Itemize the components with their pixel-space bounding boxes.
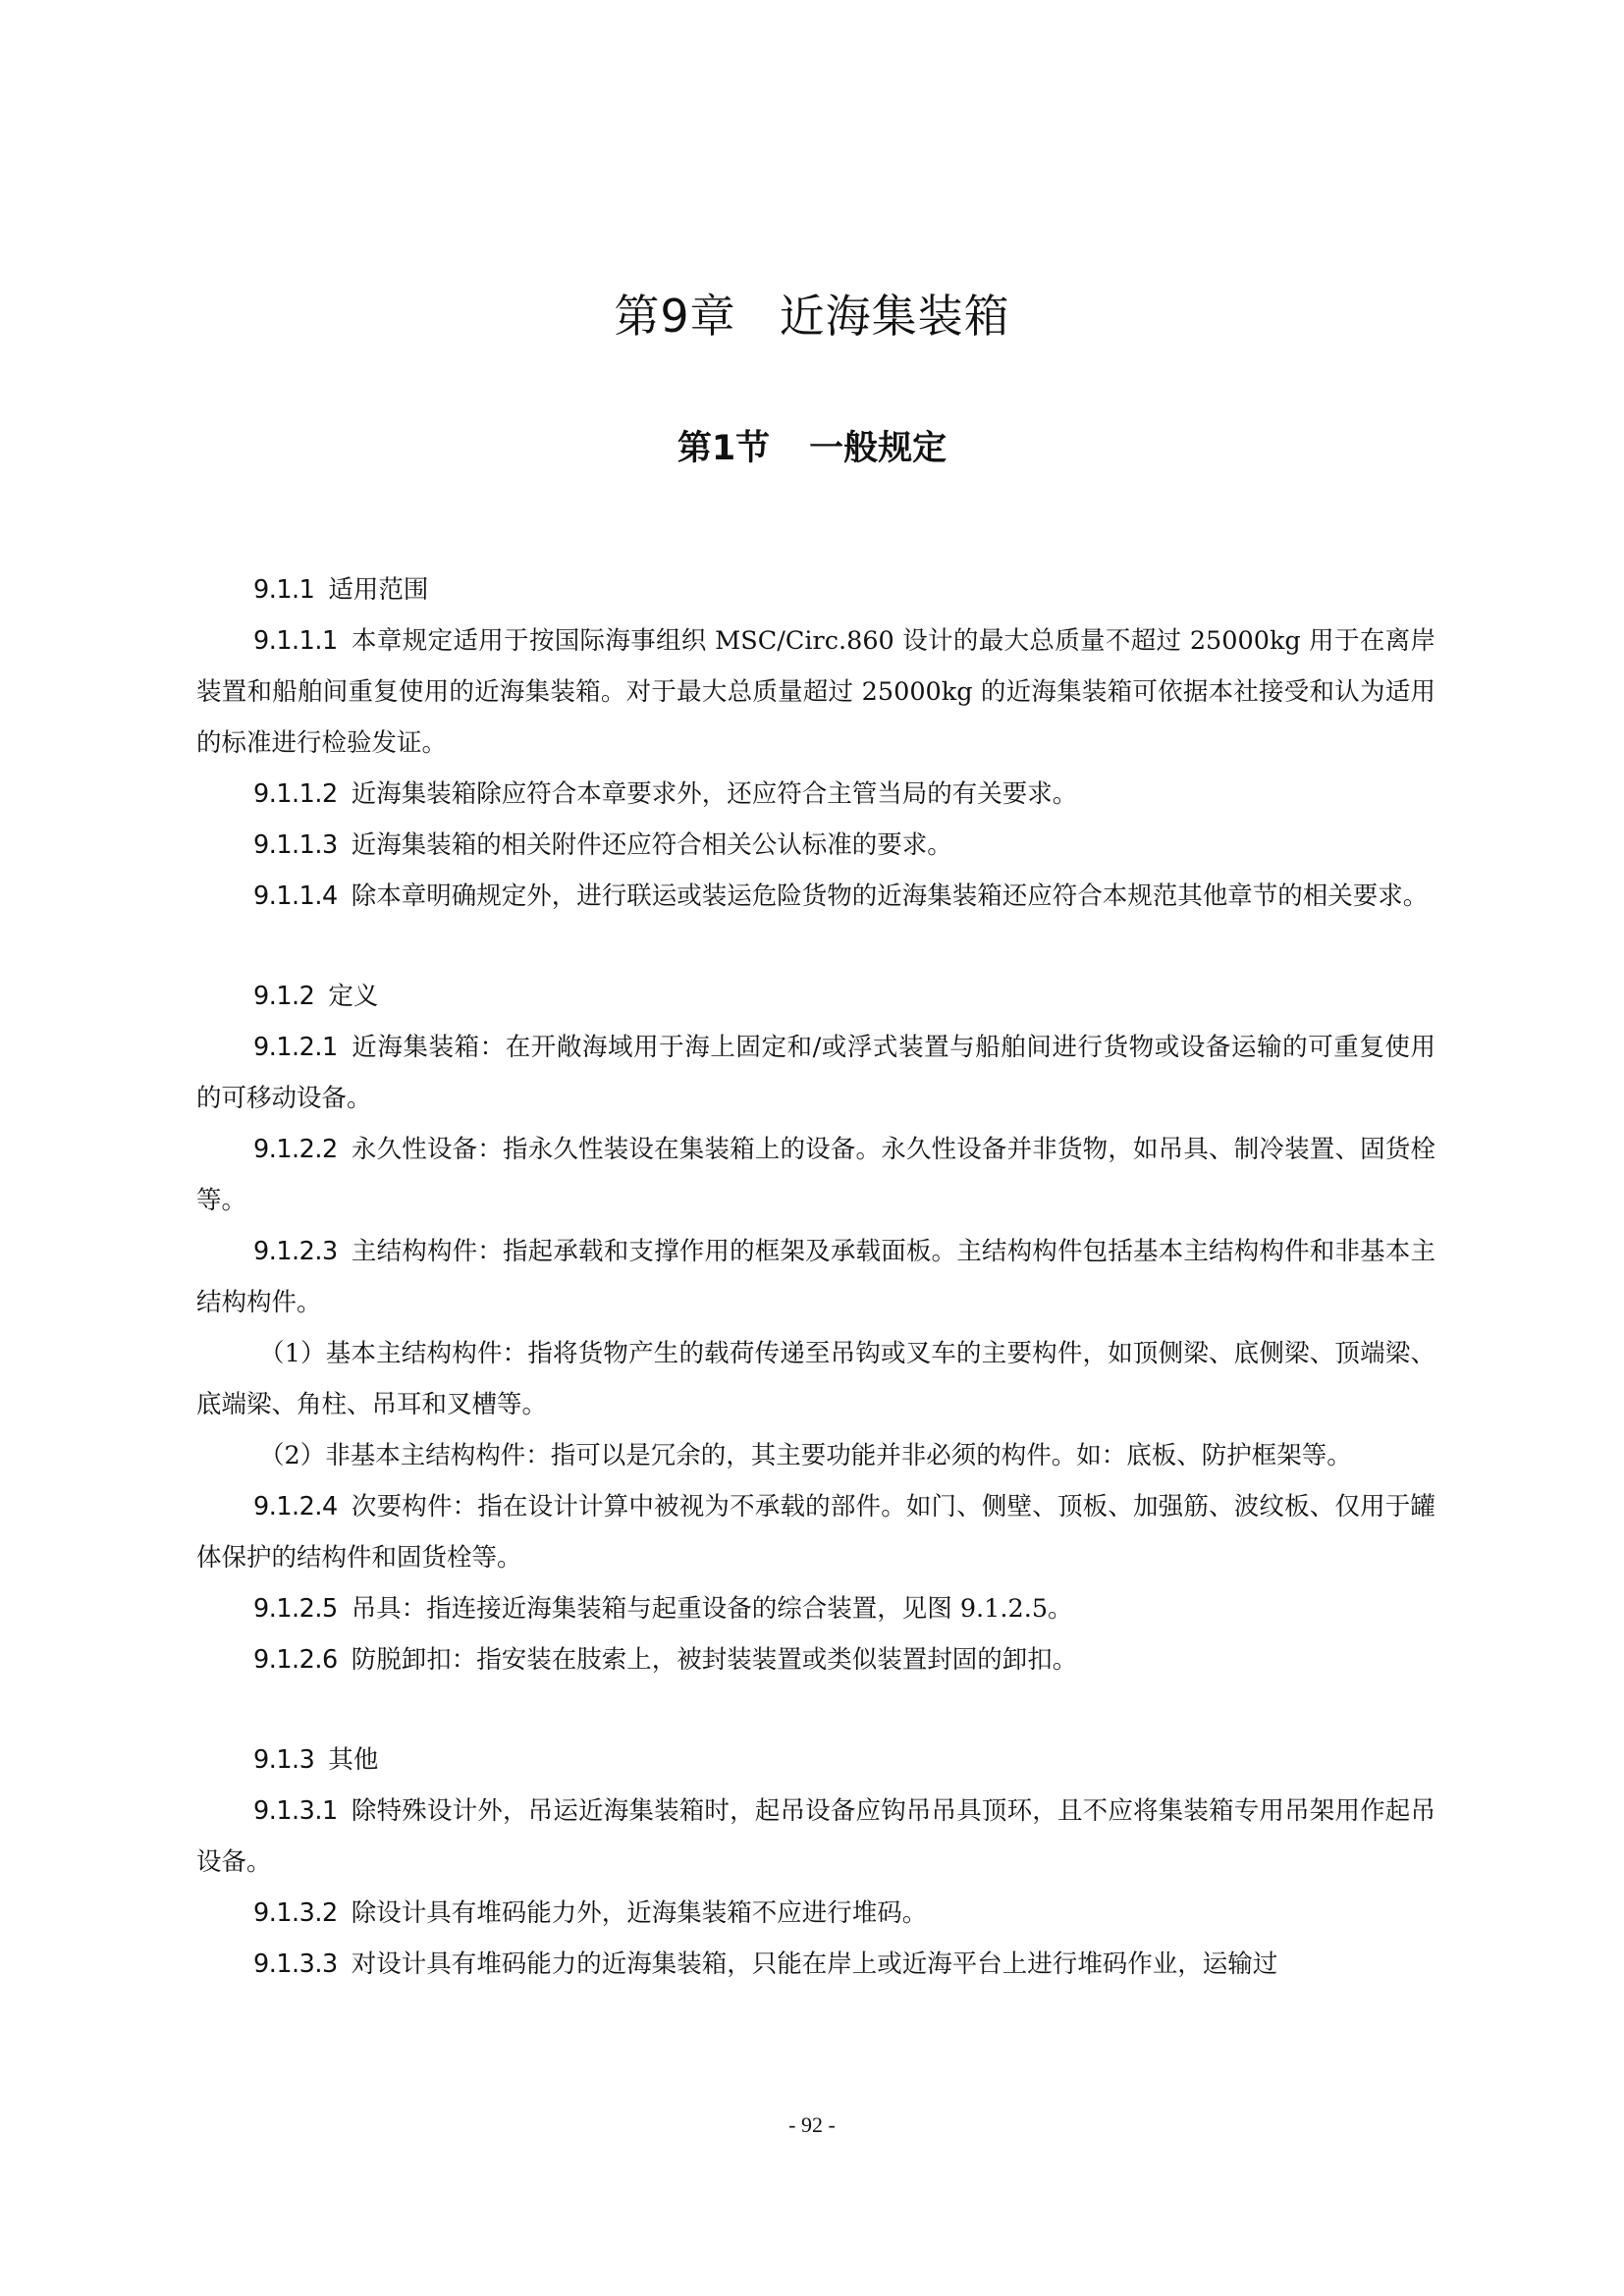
list-item-2: （2）非基本主结构构件：指可以是冗余的，其主要功能并非必须的构件。如：底板、防护… bbox=[196, 1430, 1435, 1481]
clause-text: 主结构构件：指起承载和支撑作用的框架及承载面板。主结构构件包括基本主结构构件和非… bbox=[196, 1237, 1435, 1317]
clause-number: 9.1.2.1 bbox=[253, 1033, 338, 1062]
clause-number: 9.1.1.1 bbox=[253, 626, 338, 656]
subsection-heading: 9.1.3其他 bbox=[196, 1735, 1435, 1786]
list-item-text: （2）非基本主结构构件：指可以是冗余的，其主要功能并非必须的构件。如：底板、防护… bbox=[259, 1441, 1352, 1470]
subsection-9-1-3: 9.1.3其他 9.1.3.1除特殊设计外，吊运近海集装箱时，起吊设备应钩吊吊具… bbox=[196, 1735, 1435, 1990]
clause-9-1-2-6: 9.1.2.6防脱卸扣：指安装在肢索上，被封装装置或类似装置封固的卸扣。 bbox=[196, 1634, 1435, 1685]
subsection-heading: 9.1.2定义 bbox=[196, 971, 1435, 1022]
subsection-9-1-2: 9.1.2定义 9.1.2.1近海集装箱：在开敞海域用于海上固定和/或浮式装置与… bbox=[196, 971, 1435, 1685]
clause-9-1-3-3: 9.1.3.3对设计具有堆码能力的近海集装箱，只能在岸上或近海平台上进行堆码作业… bbox=[196, 1939, 1435, 1990]
clause-9-1-2-2: 9.1.2.2永久性设备：指永久性装设在集装箱上的设备。永久性设备并非货物，如吊… bbox=[196, 1124, 1435, 1226]
clause-number: 9.1.2.4 bbox=[253, 1492, 338, 1522]
subsection-number: 9.1.2 bbox=[253, 982, 314, 1011]
clause-9-1-2-1: 9.1.2.1近海集装箱：在开敞海域用于海上固定和/或浮式装置与船舶间进行货物或… bbox=[196, 1022, 1435, 1124]
list-item-text: （1）基本主结构构件：指将货物产生的载荷传递至吊钩或叉车的主要构件，如顶侧梁、底… bbox=[196, 1339, 1435, 1419]
subsection-heading: 9.1.1适用范围 bbox=[196, 564, 1435, 615]
clause-9-1-3-1: 9.1.3.1除特殊设计外，吊运近海集装箱时，起吊设备应钩吊吊具顶环，且不应将集… bbox=[196, 1786, 1435, 1888]
spacer bbox=[196, 1685, 1435, 1735]
clause-text: 除本章明确规定外，进行联运或装运危险货物的近海集装箱还应符合本规范其他章节的相关… bbox=[352, 881, 1429, 911]
clause-text: 防脱卸扣：指安装在肢索上，被封装装置或类似装置封固的卸扣。 bbox=[352, 1645, 1078, 1675]
section-title: 第1节一般规定 bbox=[0, 424, 1624, 473]
clause-number: 9.1.3.1 bbox=[253, 1796, 338, 1826]
document-body: 9.1.1适用范围 9.1.1.1本章规定适用于按国际海事组织 MSC/Circ… bbox=[196, 564, 1435, 1990]
clause-text: 近海集装箱的相关附件还应符合相关公认标准的要求。 bbox=[352, 830, 952, 860]
clause-9-1-2-3: 9.1.2.3主结构构件：指起承载和支撑作用的框架及承载面板。主结构构件包括基本… bbox=[196, 1226, 1435, 1328]
clause-text: 除特殊设计外，吊运近海集装箱时，起吊设备应钩吊吊具顶环，且不应将集装箱专用吊架用… bbox=[196, 1796, 1435, 1877]
section-name: 一般规定 bbox=[809, 429, 947, 468]
clause-text: 对设计具有堆码能力的近海集装箱，只能在岸上或近海平台上进行堆码作业，运输过 bbox=[352, 1949, 1278, 1979]
list-item-1: （1）基本主结构构件：指将货物产生的载荷传递至吊钩或叉车的主要构件，如顶侧梁、底… bbox=[196, 1328, 1435, 1430]
chapter-number: 第9章 bbox=[614, 290, 735, 343]
subsection-number: 9.1.3 bbox=[253, 1745, 314, 1775]
chapter-name: 近海集装箱 bbox=[780, 290, 1010, 343]
clause-text: 永久性设备：指永久性装设在集装箱上的设备。永久性设备并非货物，如吊具、制冷装置、… bbox=[196, 1135, 1435, 1215]
subsection-number: 9.1.1 bbox=[253, 575, 314, 605]
clause-9-1-1-4: 9.1.1.4除本章明确规定外，进行联运或装运危险货物的近海集装箱还应符合本规范… bbox=[196, 871, 1435, 922]
clause-9-1-2-4: 9.1.2.4次要构件：指在设计计算中被视为不承载的部件。如门、侧壁、顶板、加强… bbox=[196, 1481, 1435, 1583]
clause-text: 次要构件：指在设计计算中被视为不承载的部件。如门、侧壁、顶板、加强筋、波纹板、仅… bbox=[196, 1492, 1435, 1573]
section-number: 第1节 bbox=[677, 429, 770, 468]
chapter-title: 第9章近海集装箱 bbox=[0, 287, 1624, 346]
spacer bbox=[196, 922, 1435, 971]
clause-9-1-3-2: 9.1.3.2除设计具有堆码能力外，近海集装箱不应进行堆码。 bbox=[196, 1888, 1435, 1939]
clause-number: 9.1.1.3 bbox=[253, 830, 338, 860]
clause-text: 本章规定适用于按国际海事组织 MSC/Circ.860 设计的最大总质量不超过 … bbox=[196, 626, 1435, 758]
document-page: 第9章近海集装箱 第1节一般规定 9.1.1适用范围 9.1.1.1本章规定适用… bbox=[0, 0, 1624, 2296]
clause-9-1-2-5: 9.1.2.5吊具：指连接近海集装箱与起重设备的综合装置，见图 9.1.2.5。 bbox=[196, 1583, 1435, 1634]
clause-9-1-1-2: 9.1.1.2近海集装箱除应符合本章要求外，还应符合主管当局的有关要求。 bbox=[196, 769, 1435, 820]
clause-number: 9.1.2.5 bbox=[253, 1594, 338, 1624]
clause-number: 9.1.1.2 bbox=[253, 779, 338, 809]
clause-9-1-1-1: 9.1.1.1本章规定适用于按国际海事组织 MSC/Circ.860 设计的最大… bbox=[196, 615, 1435, 769]
clause-text: 除设计具有堆码能力外，近海集装箱不应进行堆码。 bbox=[352, 1898, 928, 1928]
clause-number: 9.1.1.4 bbox=[253, 881, 338, 911]
subsection-9-1-1: 9.1.1适用范围 9.1.1.1本章规定适用于按国际海事组织 MSC/Circ… bbox=[196, 564, 1435, 922]
clause-number: 9.1.3.3 bbox=[253, 1949, 338, 1979]
clause-text: 近海集装箱除应符合本章要求外，还应符合主管当局的有关要求。 bbox=[352, 779, 1078, 809]
clause-number: 9.1.3.2 bbox=[253, 1898, 338, 1928]
clause-9-1-1-3: 9.1.1.3近海集装箱的相关附件还应符合相关公认标准的要求。 bbox=[196, 820, 1435, 871]
clause-number: 9.1.2.2 bbox=[253, 1135, 338, 1164]
clause-number: 9.1.2.6 bbox=[253, 1645, 338, 1675]
clause-text: 吊具：指连接近海集装箱与起重设备的综合装置，见图 9.1.2.5。 bbox=[352, 1594, 1073, 1624]
subsection-title: 适用范围 bbox=[328, 575, 428, 605]
clause-number: 9.1.2.3 bbox=[253, 1237, 338, 1266]
subsection-title: 定义 bbox=[328, 982, 378, 1011]
clause-text: 近海集装箱：在开敞海域用于海上固定和/或浮式装置与船舶间进行货物或设备运输的可重… bbox=[196, 1033, 1435, 1113]
page-number: - 92 - bbox=[0, 2112, 1624, 2138]
subsection-title: 其他 bbox=[328, 1745, 378, 1775]
